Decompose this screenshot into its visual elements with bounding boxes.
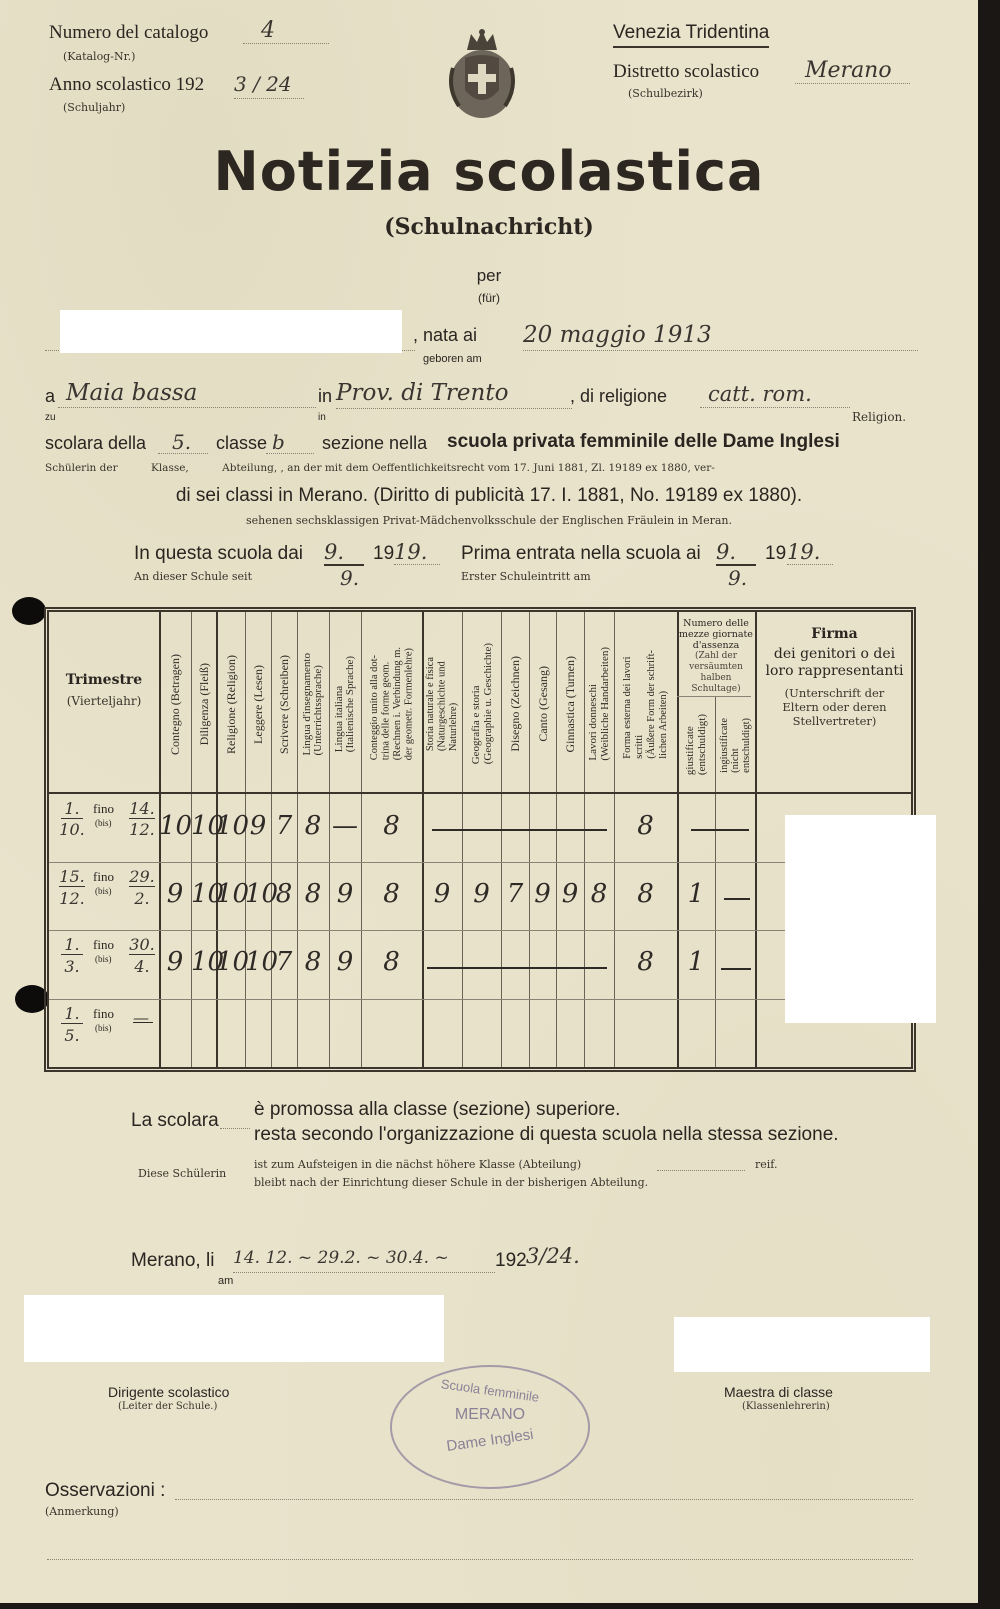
first-entry-month-de: 9. [728,566,747,590]
col-header-religione: Religione (Religion) [216,616,245,792]
result-option-promoted: è promossa alla classe (sezione) superio… [254,1099,620,1121]
grade-cell: 8 [297,948,329,976]
result-reif-de: reif. [755,1158,777,1171]
grade-cell: 8 [361,812,422,840]
grade-cell: 7 [501,880,529,908]
footer-year-field: 3/24. [526,1244,580,1268]
class-number-field: 5. [158,430,208,454]
grade-cell: 10 [159,812,191,840]
in-school-label-de: An dieser Schule seit [134,570,252,583]
in-school-label: In questa scuola dai [134,543,303,565]
dash-line [691,829,749,831]
result-label-de: Diese Schülerin [138,1167,226,1180]
teacher-label: Maestra di classe [724,1384,833,1400]
col-header-leggere: Leggere (Lesen) [245,616,271,792]
first-entry-year-prefix: 19 [765,543,786,565]
parent-signature-redacted [785,815,936,1023]
result-label: La scolara [131,1110,219,1132]
school-rights-line-de: sehenen sechsklassigen Privat-Mädchenvol… [0,514,978,527]
grade-cell: 9 [529,880,556,908]
page-edge [978,0,1000,1609]
grade-cell: 7 [271,948,297,976]
footer-year-prefix: 192 [495,1250,527,1272]
grade-cell: 9 [159,880,191,908]
catalog-number-field: 4 [243,18,329,44]
principal-label: Dirigente scolastico [108,1384,229,1400]
result-class-dotline [657,1160,745,1171]
district-label-de: (Schulbezirk) [628,87,703,100]
col-header-lingua-insegnamento: Lingua d'insegnamento (Unterrichtssprach… [297,616,329,792]
grade-cell: 10 [191,948,216,976]
col-header-lavori-donneschi: Lavori donneschi (Weibliche Handarbeiten… [584,616,614,792]
province-field: Prov. di Trento [336,380,572,409]
royal-coat-of-arms-icon [445,28,519,124]
result-option-stays: resta secondo l'organizzazione di questa… [254,1124,839,1146]
religion-label-de: Religion. [852,410,906,424]
grade-cell: 10 [191,812,216,840]
religion-field: catt. rom. [700,382,850,408]
school-year-field: 3 / 24 [234,72,304,99]
trimestre-header: Trimestre [49,672,159,688]
col-header-ingiustificate: ingiustificate (nicht entschuldigt) [715,698,755,792]
absence-group-header: Numero delle mezze giornate d'assenza (Z… [679,618,753,695]
signature-header: Firma dei genitori o dei loro rappresent… [757,626,912,728]
grade-cell: 8 [297,812,329,840]
class-line-de: Schülerin der Klasse, Abteilung, , an de… [45,462,715,474]
school-year-label-de: (Schuljahr) [63,101,125,114]
dash-line [724,898,750,900]
grade-cell: 10 [245,880,271,908]
grade-cell: 9 [556,880,584,908]
district-label: Distretto scolastico [613,61,759,83]
grade-cell: 8 [614,880,677,908]
place-prefix-de: zu [45,412,56,423]
born-label-de: geboren am [423,353,482,365]
grade-cell: 8 [614,948,677,976]
first-entry-year-field: 19. [787,540,833,565]
grade-cell: 9 [329,880,361,908]
grade-cell: 9 [422,880,462,908]
grade-cell: 10 [216,948,245,976]
section-field: b [266,430,314,454]
grade-cell: 8 [614,812,677,840]
principal-label-de: (Leiter der Schule.) [118,1401,217,1412]
result-option-stays-de: bleibt nach der Einrichtung dieser Schul… [254,1176,648,1189]
col-header-diligenza: Diligenza (Fleiß) [191,616,216,792]
grade-cell: 8 [584,880,614,908]
school-name: scuola privata femminile delle Dame Ingl… [447,431,840,453]
first-entry-month-field: 9. [716,540,756,566]
col-header-geografia: Geografia e storia (Geographie u. Geschi… [462,616,501,792]
dash-line [427,967,607,969]
col-header-canto: Canto (Gesang) [529,616,556,792]
scolara-label: scolara della [45,433,146,454]
catalog-label-de: (Katalog-Nr.) [63,50,135,63]
absence-justified-cell: 1 [677,880,715,908]
col-header-conteggio: Conteggio unito alla dot- trina delle fo… [361,616,422,792]
grade-cell: 9 [245,812,271,840]
place-label-de: am [218,1275,233,1287]
col-header-lingua-italiana: Lingua italiana (Italienische Sprache) [329,616,361,792]
teacher-signature-redacted [674,1317,930,1372]
per-label: per [0,266,978,286]
remarks-line-1[interactable] [175,1492,913,1500]
trimestre-header-de: (Vierteljahr) [49,694,159,708]
col-header-ginnastica: Ginnastica (Turnen) [556,616,584,792]
grade-cell: 9 [462,880,501,908]
birth-date-field: 20 maggio 1913 [523,322,918,351]
per-label-de: (für) [0,291,978,305]
first-entry-label: Prima entrata nella scuola ai [461,543,701,565]
result-dotline [220,1118,250,1129]
student-name-redacted [60,310,402,353]
document-title: Notizia scolastica [0,140,978,203]
in-label-de: in [318,412,326,423]
grade-cell: 10 [245,948,271,976]
result-option-promoted-de: ist zum Aufsteigen in die nächst höhere … [254,1158,581,1171]
teacher-label-de: (Klassenlehrerin) [742,1401,830,1412]
principal-signature-redacted [24,1295,444,1362]
grade-cell: 8 [297,880,329,908]
remarks-label: Osservazioni : [45,1480,165,1502]
dash-line [432,829,607,831]
in-school-month-de: 9. [340,566,359,590]
place-label: Merano, li [131,1250,214,1272]
in-school-month-field: 9. [324,540,364,566]
grade-cell: 8 [271,880,297,908]
document-subtitle-de: (Schulnachricht) [0,214,978,240]
grade-cell: 9 [159,948,191,976]
col-header-forma-esterna: Forma esterna dei lavori scritti (Äußere… [614,616,677,792]
born-label: , nata ai [413,325,477,346]
grade-cell: 8 [361,948,422,976]
region-title: Venezia Tridentina [613,22,769,48]
in-label: in [318,386,332,407]
grade-cell: 10 [216,880,245,908]
punch-hole [12,597,46,625]
remarks-line-2[interactable] [47,1552,913,1560]
district-field: Merano [795,58,910,84]
absence-justified-cell: 1 [677,948,715,976]
birthplace-field: Maia bassa [58,380,316,408]
grade-cell: 9 [329,948,361,976]
school-stamp: Scuola femminile MERANO Dame Inglesi [390,1365,590,1489]
place-prefix: a [45,386,55,407]
grade-cell: 10 [191,880,216,908]
in-school-year-prefix: 19 [373,543,394,565]
date-field: 14. 12. ~ 29.2. ~ 30.4. ~ [233,1248,495,1273]
dash-line [133,1022,153,1023]
catalog-label: Numero del catalogo [49,22,208,44]
col-header-scrivere: Scrivere (Schreiben) [271,616,297,792]
page-edge-bottom [0,1603,1000,1609]
dash-line [721,968,751,970]
col-header-contegno: Contegno (Betragen) [159,616,191,792]
religion-label: , di religione [570,386,667,407]
col-header-disegno: Disegno (Zeichnen) [501,616,529,792]
remarks-label-de: (Anmerkung) [45,1505,119,1518]
grade-cell: 8 [361,880,422,908]
grade-cell: — [329,812,361,840]
first-entry-label-de: Erster Schuleintritt am [461,570,591,583]
sezione-label: sezione nella [322,433,427,454]
col-header-storia-naturale: Storia naturale e fisica (Naturgeschicht… [422,616,462,792]
col-header-giustificate: giustificate (entschuldigt) [677,698,715,792]
classe-label: classe [216,433,267,454]
school-year-label: Anno scolastico 192 [49,74,204,96]
grade-cell: 10 [216,812,245,840]
in-school-year-field: 19. [394,540,440,565]
school-rights-line: di sei classi in Merano. (Diritto di pub… [0,485,978,507]
grade-cell: 7 [271,812,297,840]
